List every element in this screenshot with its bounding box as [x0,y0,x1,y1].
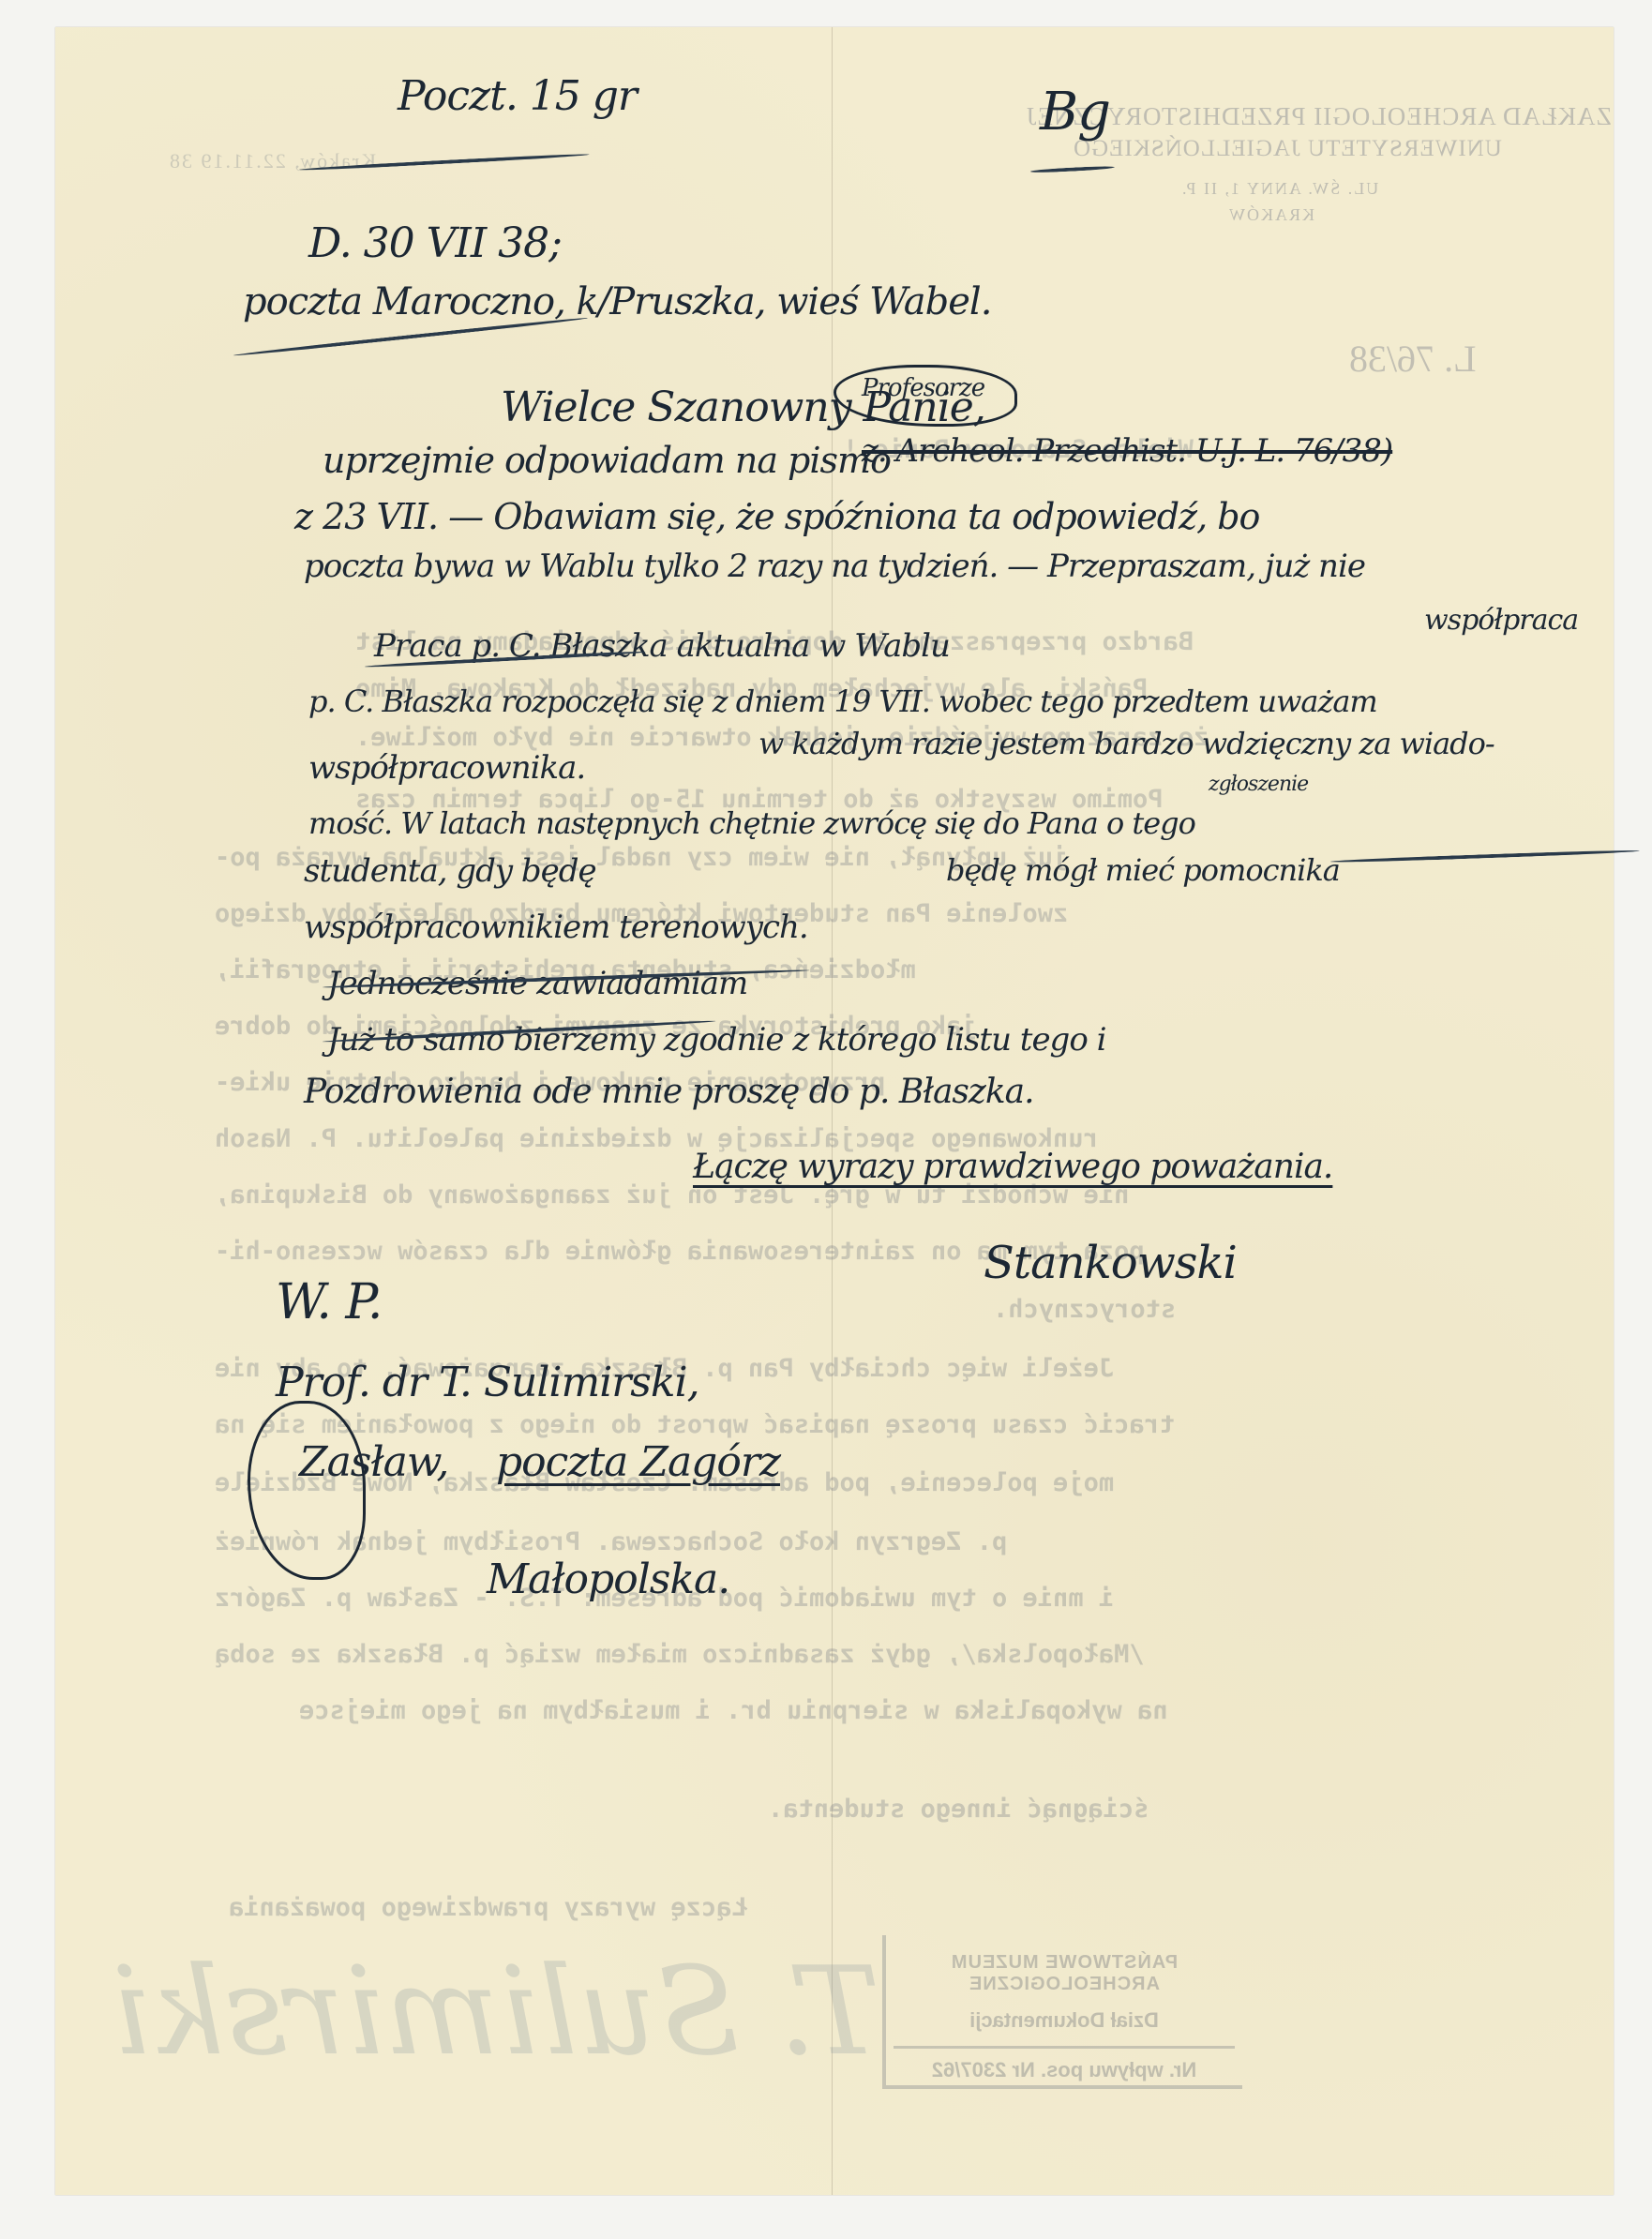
typed-line: storycznych. [993,1295,1176,1324]
archive-stamp: PAŃSTWOWE MUZEUM ARCHEOLOGICZNE Dział Do… [882,1935,1242,2089]
body-line: p. C. Błaszka rozpoczęła się z dniem 19 … [308,684,1377,719]
body-line: studenta, gdy będę [304,852,596,890]
body-line: uprzejmie odpowiadam na pismo [323,440,891,481]
addressee-region: Małopolska. [487,1555,729,1603]
postage-note: Poczt. 15 gr [398,72,637,120]
body-line: poczta bywa w Wablu tylko 2 razy na tydz… [304,548,1365,585]
underline-stroke [1030,165,1115,173]
typed-line: na wykopaliska w sierpniu br. i musiałby… [299,1696,1168,1725]
fold-crease [832,27,833,2195]
stamp-entry-number: Nr. wpływu pos. Nr 2307/62 [886,2058,1242,2082]
body-line: Pozdrowienia ode mnie proszę do p. Błasz… [304,1073,1034,1111]
signature: Stankowski [984,1237,1237,1289]
letterhead-date-fragment: Kraków, 22.11.19 38 [168,149,376,173]
typed-line: ściągnąć innego studenta. [768,1795,1149,1824]
letter-sheet: ZAKŁAD ARCHEOLOGII PRZEDHISTORYCZNEJ UNI… [55,27,1614,2195]
letterhead-line-2: UNIWERSYTETU JAGIELLOŃSKIEGO [1073,136,1502,162]
addressee-honorific: W. P. [276,1274,382,1330]
letterhead-line-1: ZAKŁAD ARCHEOLOGII PRZEDHISTORYCZNEJ [1026,102,1612,131]
body-line-struck: z. Archeol. Przedhist. U.J. L. 76/38) [862,432,1392,470]
reference-number: L. 76/38 [1349,337,1477,381]
stamp-institution: PAŃSTWOWE MUZEUM ARCHEOLOGICZNE [886,1952,1242,1995]
strikethrough-stroke [1330,849,1640,864]
body-line: z 23 VII. — Obawiam się, że spóźniona ta… [294,496,1259,537]
body-line: będę mógł mieć pomocnika [946,852,1340,888]
body-line: w każdym razie jestem bardzo wdzięczny z… [758,726,1494,761]
addressee-post: poczta Zagórz [496,1438,780,1486]
letterhead-line-4: KRAKÓW [1227,205,1314,225]
date-line: D. 30 VII 38; [308,219,562,267]
stamp-divider [894,2046,1235,2049]
body-line: współpraca [1424,604,1578,637]
body-line: mość. W latach następnych chętnie zwrócę… [308,805,1195,841]
initial-mark: Bg [1040,82,1110,143]
typed-line: Łączę wyrazy prawdziwego poważania [229,1893,747,1922]
sender-address: poczta Maroczno, k/Pruszka, wieś Wabel. [243,280,991,323]
body-line: współpracownika. [308,749,585,787]
addressee-name: Prof. dr T. Sulimirski, [276,1359,699,1406]
body-line: Już to samo bierzemy zgodnie z którego l… [327,1021,1105,1059]
addressee-city: Zasław, [299,1438,448,1486]
closing-line: Łączę wyrazy prawdziwego poważania. [693,1148,1332,1186]
typed-line: /Małopolska/, gdyż zasadniczo miałem wzi… [215,1640,1145,1669]
stamp-department: Dział Dokumentacji [886,2008,1242,2033]
salutation: Wielce Szanowny Panie, [501,383,985,431]
letterhead-line-3: UL. ŚW. ANNY 1, II P. [1180,179,1378,199]
body-line: współpracownikiem terenowych. [304,909,808,946]
inserted-word: zgłoszenie [1209,773,1308,796]
typed-line: tracić czasu proszę napisać wprost do ni… [215,1410,1175,1439]
showthrough-signature: T. Sulimirski [112,1940,880,2082]
